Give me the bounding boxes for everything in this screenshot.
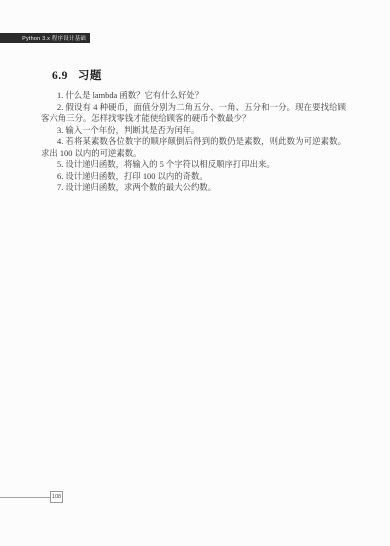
footer-rule — [0, 497, 50, 498]
exercise-list: 1. 什么是 lambda 函数？它有什么好处？ 2. 假设有 4 种硬币，面值… — [41, 90, 346, 194]
running-header-bar: Python 3.x 程序设计基础 — [0, 33, 90, 43]
section-title: 习题 — [78, 67, 102, 83]
exercise-item: 1. 什么是 lambda 函数？它有什么好处？ — [41, 90, 346, 102]
exercise-item: 3. 输入一个年份，判断其是否为闰年。 — [41, 125, 346, 137]
exercise-item: 7. 设计递归函数，求两个数的最大公约数。 — [41, 182, 346, 194]
exercise-item: 4. 若将某素数各位数字的顺序颠倒后得到的数仍是素数，则此数为可逆素数。求出 1… — [41, 136, 346, 159]
exercise-item: 2. 假设有 4 种硬币，面值分别为二角五分、一角、五分和一分。现在要找给顾客六… — [41, 102, 346, 125]
book-page: Python 3.x 程序设计基础 6.9 习题 1. 什么是 lambda 函… — [0, 0, 390, 546]
running-header-title: Python 3.x 程序设计基础 — [22, 34, 86, 42]
section-number: 6.9 — [52, 70, 68, 82]
page-number-box: 108 — [50, 491, 63, 503]
exercise-item: 5. 设计递归函数，将输入的 5 个字符以相反顺序打印出来。 — [41, 159, 346, 171]
section-heading: 6.9 习题 — [52, 67, 102, 83]
page-number: 108 — [52, 494, 61, 500]
exercise-item: 6. 设计递归函数，打印 100 以内的奇数。 — [41, 171, 346, 183]
